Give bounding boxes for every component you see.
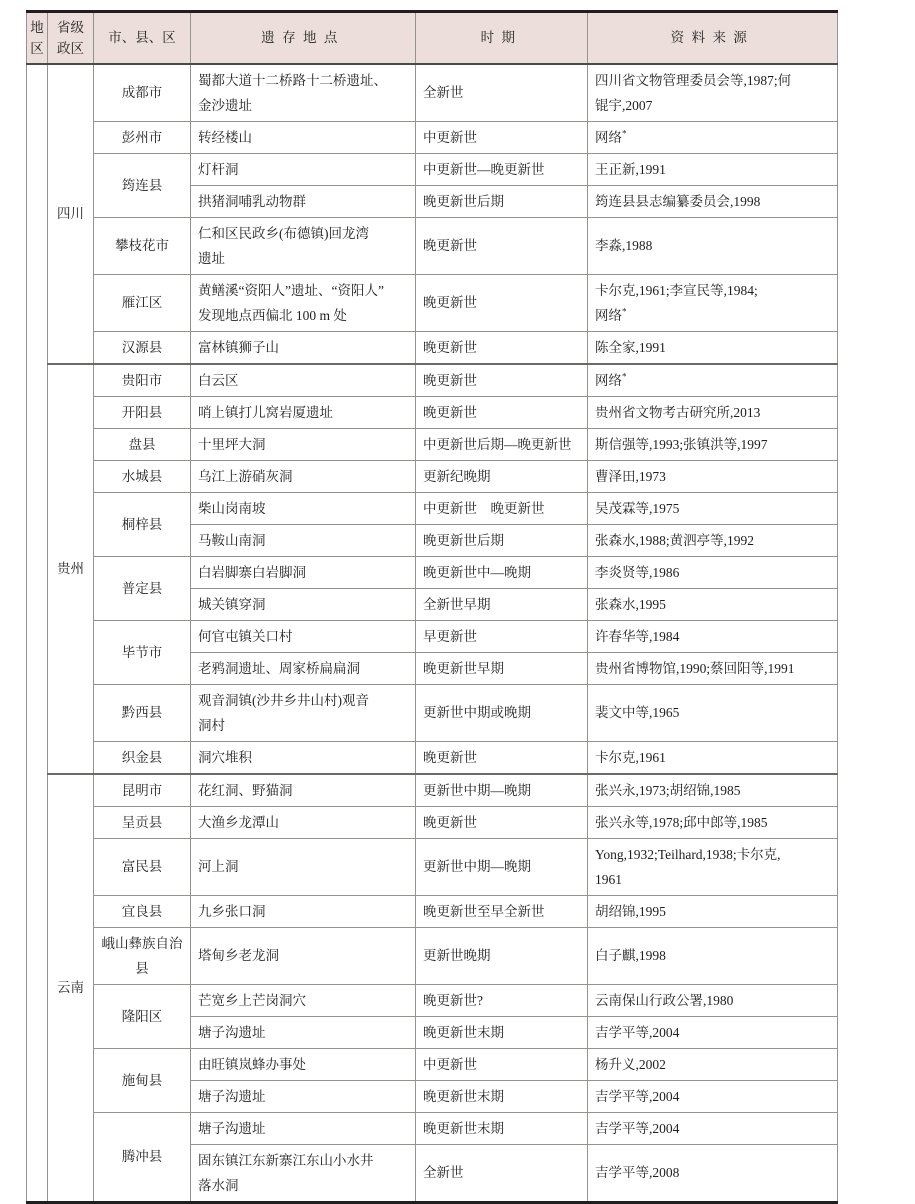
cell-source: 曹泽田,1973 — [588, 460, 838, 492]
cell-source: 云南保山行政公署,1980 — [588, 984, 838, 1016]
cell-province: 贵州 — [48, 364, 94, 774]
cell-period: 晚更新世 — [416, 741, 588, 774]
table-row: 开阳县哨上镇打儿窝岩厦遗址晚更新世贵州省文物考古研究所,2013 — [27, 396, 838, 428]
cell-period: 中更新世 — [416, 1048, 588, 1080]
cell-period: 晚更新世后期 — [416, 524, 588, 556]
header-region: 地 区 — [27, 12, 48, 64]
cell-city: 昆明市 — [94, 774, 191, 807]
cell-site: 塔甸乡老龙洞 — [191, 927, 416, 984]
cell-period: 中更新世 晚更新世 — [416, 492, 588, 524]
cell-source: 卡尔克,1961 — [588, 741, 838, 774]
cell-source: 胡绍锦,1995 — [588, 895, 838, 927]
cell-site: 转经楼山 — [191, 121, 416, 153]
cell-site: 由旺镇岚蜂办事处 — [191, 1048, 416, 1080]
cell-source: 筠连县县志编纂委员会,1998 — [588, 185, 838, 217]
table-row: 汉源县富林镇狮子山晚更新世陈全家,1991 — [27, 331, 838, 364]
cell-city: 腾冲县 — [94, 1112, 191, 1202]
cell-site: 灯杆洞 — [191, 153, 416, 185]
cell-source: 吴茂霖等,1975 — [588, 492, 838, 524]
cell-city: 呈贡县 — [94, 806, 191, 838]
cell-period: 晚更新世 — [416, 364, 588, 397]
cell-city: 水城县 — [94, 460, 191, 492]
cell-source: 张兴永,1973;胡绍锦,1985 — [588, 774, 838, 807]
header-site: 遗存地点 — [191, 12, 416, 64]
cell-city: 攀枝花市 — [94, 217, 191, 274]
cell-site: 柴山岗南坡 — [191, 492, 416, 524]
cell-period: 中更新世—晚更新世 — [416, 153, 588, 185]
cell-source: Yong,1932;Teilhard,1938;卡尔克, 1961 — [588, 838, 838, 895]
header-period: 时期 — [416, 12, 588, 64]
cell-city: 贵阳市 — [94, 364, 191, 397]
cell-source: 吉学平等,2008 — [588, 1144, 838, 1202]
page: 地 区 省级 政区 市、县、区 遗存地点 时期 资料来源 四川成都市蜀都大道十二… — [0, 0, 915, 1204]
cell-site: 河上洞 — [191, 838, 416, 895]
table-row: 桐梓县柴山岗南坡中更新世 晚更新世吴茂霖等,1975 — [27, 492, 838, 524]
cell-city: 盘县 — [94, 428, 191, 460]
header-row: 地 区 省级 政区 市、县、区 遗存地点 时期 资料来源 — [27, 12, 838, 64]
footnote-marker: * — [622, 371, 627, 381]
cell-period: 更新纪晚期 — [416, 460, 588, 492]
cell-period: 晚更新世中—晚期 — [416, 556, 588, 588]
footnote-marker: * — [622, 306, 627, 316]
table-row: 毕节市何官屯镇关口村早更新世许春华等,1984 — [27, 620, 838, 652]
cell-source: 白子麒,1998 — [588, 927, 838, 984]
footnote-marker: * — [622, 128, 627, 138]
cell-site: 何官屯镇关口村 — [191, 620, 416, 652]
cell-period: 晚更新世 — [416, 331, 588, 364]
cell-city: 隆阳区 — [94, 984, 191, 1048]
cell-source: 李炎贤等,1986 — [588, 556, 838, 588]
cell-city: 施甸县 — [94, 1048, 191, 1112]
cell-city: 宜良县 — [94, 895, 191, 927]
cell-source: 裴文中等,1965 — [588, 684, 838, 741]
cell-site: 十里坪大洞 — [191, 428, 416, 460]
table-row: 施甸县由旺镇岚蜂办事处中更新世杨升义,2002 — [27, 1048, 838, 1080]
cell-source: 四川省文物管理委员会等,1987;何 锟宇,2007 — [588, 64, 838, 122]
table-row: 富民县河上洞更新世中期—晚期Yong,1932;Teilhard,1938;卡尔… — [27, 838, 838, 895]
cell-site: 蜀都大道十二桥路十二桥遗址、 金沙遗址 — [191, 64, 416, 122]
cell-city: 富民县 — [94, 838, 191, 895]
cell-site: 白岩脚寨白岩脚洞 — [191, 556, 416, 588]
cell-city: 筠连县 — [94, 153, 191, 217]
cell-period: 晚更新世至早全新世 — [416, 895, 588, 927]
cell-source: 张兴永等,1978;邱中郎等,1985 — [588, 806, 838, 838]
cell-province: 四川 — [48, 64, 94, 364]
cell-province: 云南 — [48, 774, 94, 1203]
cell-site: 花红洞、野猫洞 — [191, 774, 416, 807]
cell-period: 更新世晚期 — [416, 927, 588, 984]
table-row: 黔西县观音洞镇(沙井乡井山村)观音 洞村更新世中期或晚期裴文中等,1965 — [27, 684, 838, 741]
cell-period: 全新世早期 — [416, 588, 588, 620]
cell-period: 中更新世后期—晚更新世 — [416, 428, 588, 460]
cell-site: 观音洞镇(沙井乡井山村)观音 洞村 — [191, 684, 416, 741]
cell-site: 塘子沟遗址 — [191, 1080, 416, 1112]
cell-source: 吉学平等,2004 — [588, 1016, 838, 1048]
table-row: 攀枝花市仁和区民政乡(布德镇)回龙湾 遗址晚更新世李淼,1988 — [27, 217, 838, 274]
cell-source: 陈全家,1991 — [588, 331, 838, 364]
archaeological-sites-table: 地 区 省级 政区 市、县、区 遗存地点 时期 资料来源 四川成都市蜀都大道十二… — [26, 10, 838, 1204]
cell-source: 网络* — [588, 364, 838, 397]
cell-city: 毕节市 — [94, 620, 191, 684]
cell-city: 开阳县 — [94, 396, 191, 428]
cell-city: 彭州市 — [94, 121, 191, 153]
cell-site: 九乡张口洞 — [191, 895, 416, 927]
table-row: 普定县白岩脚寨白岩脚洞晚更新世中—晚期李炎贤等,1986 — [27, 556, 838, 588]
cell-site: 固东镇江东新寨江东山小水井 落水洞 — [191, 1144, 416, 1202]
cell-period: 更新世中期或晚期 — [416, 684, 588, 741]
cell-site: 芒宽乡上芒岗洞穴 — [191, 984, 416, 1016]
cell-site: 城关镇穿洞 — [191, 588, 416, 620]
cell-source: 吉学平等,2004 — [588, 1112, 838, 1144]
cell-site: 黄鳝溪“资阳人”遗址、“资阳人” 发现地点西偏北 100 m 处 — [191, 274, 416, 331]
cell-region — [27, 64, 48, 1203]
cell-site: 白云区 — [191, 364, 416, 397]
cell-city: 雁江区 — [94, 274, 191, 331]
cell-city: 峨山彝族自治县 — [94, 927, 191, 984]
cell-period: 晚更新世末期 — [416, 1016, 588, 1048]
cell-source: 李淼,1988 — [588, 217, 838, 274]
header-source: 资料来源 — [588, 12, 838, 64]
cell-period: 全新世 — [416, 1144, 588, 1202]
table-row: 呈贡县大渔乡龙潭山晚更新世张兴永等,1978;邱中郎等,1985 — [27, 806, 838, 838]
table-row: 雁江区黄鳝溪“资阳人”遗址、“资阳人” 发现地点西偏北 100 m 处晚更新世卡… — [27, 274, 838, 331]
table-row: 峨山彝族自治县塔甸乡老龙洞更新世晚期白子麒,1998 — [27, 927, 838, 984]
cell-site: 拱猪洞哺乳动物群 — [191, 185, 416, 217]
cell-source: 杨升义,2002 — [588, 1048, 838, 1080]
header-city: 市、县、区 — [94, 12, 191, 64]
table-row: 水城县乌江上游硝灰洞更新纪晚期曹泽田,1973 — [27, 460, 838, 492]
cell-period: 晚更新世 — [416, 217, 588, 274]
cell-source: 贵州省文物考古研究所,2013 — [588, 396, 838, 428]
cell-site: 马鞍山南洞 — [191, 524, 416, 556]
cell-source: 许春华等,1984 — [588, 620, 838, 652]
cell-site: 洞穴堆积 — [191, 741, 416, 774]
cell-site: 哨上镇打儿窝岩厦遗址 — [191, 396, 416, 428]
table-row: 织金县洞穴堆积晚更新世卡尔克,1961 — [27, 741, 838, 774]
table-row: 盘县十里坪大洞中更新世后期—晚更新世斯信强等,1993;张镇洪等,1997 — [27, 428, 838, 460]
cell-period: 晚更新世末期 — [416, 1080, 588, 1112]
cell-source: 斯信强等,1993;张镇洪等,1997 — [588, 428, 838, 460]
cell-period: 晚更新世早期 — [416, 652, 588, 684]
header-province: 省级 政区 — [48, 12, 94, 64]
cell-period: 晚更新世后期 — [416, 185, 588, 217]
cell-city: 织金县 — [94, 741, 191, 774]
cell-site: 乌江上游硝灰洞 — [191, 460, 416, 492]
cell-site: 塘子沟遗址 — [191, 1112, 416, 1144]
cell-site: 富林镇狮子山 — [191, 331, 416, 364]
table-row: 云南昆明市花红洞、野猫洞更新世中期—晚期张兴永,1973;胡绍锦,1985 — [27, 774, 838, 807]
cell-period: 晚更新世 — [416, 274, 588, 331]
cell-source: 张森水,1995 — [588, 588, 838, 620]
cell-site: 仁和区民政乡(布德镇)回龙湾 遗址 — [191, 217, 416, 274]
cell-source: 网络* — [588, 121, 838, 153]
table-row: 贵州贵阳市白云区晚更新世网络* — [27, 364, 838, 397]
cell-period: 中更新世 — [416, 121, 588, 153]
cell-site: 老鸦洞遗址、周家桥扁扁洞 — [191, 652, 416, 684]
cell-source: 卡尔克,1961;李宣民等,1984; 网络* — [588, 274, 838, 331]
cell-period: 晚更新世末期 — [416, 1112, 588, 1144]
table-row: 彭州市转经楼山中更新世网络* — [27, 121, 838, 153]
table-row: 隆阳区芒宽乡上芒岗洞穴晚更新世?云南保山行政公署,1980 — [27, 984, 838, 1016]
cell-city: 黔西县 — [94, 684, 191, 741]
cell-period: 晚更新世 — [416, 806, 588, 838]
table-row: 腾冲县塘子沟遗址晚更新世末期吉学平等,2004 — [27, 1112, 838, 1144]
cell-source: 贵州省博物馆,1990;蔡回阳等,1991 — [588, 652, 838, 684]
cell-period: 晚更新世 — [416, 396, 588, 428]
table-row: 宜良县九乡张口洞晚更新世至早全新世胡绍锦,1995 — [27, 895, 838, 927]
table-body: 四川成都市蜀都大道十二桥路十二桥遗址、 金沙遗址全新世四川省文物管理委员会等,1… — [27, 64, 838, 1203]
cell-city: 普定县 — [94, 556, 191, 620]
table-row: 筠连县灯杆洞中更新世—晚更新世王正新,1991 — [27, 153, 838, 185]
cell-city: 汉源县 — [94, 331, 191, 364]
cell-source: 王正新,1991 — [588, 153, 838, 185]
cell-source: 张森水,1988;黄泗亭等,1992 — [588, 524, 838, 556]
table-row: 四川成都市蜀都大道十二桥路十二桥遗址、 金沙遗址全新世四川省文物管理委员会等,1… — [27, 64, 838, 122]
cell-period: 全新世 — [416, 64, 588, 122]
cell-source: 吉学平等,2004 — [588, 1080, 838, 1112]
cell-site: 塘子沟遗址 — [191, 1016, 416, 1048]
cell-period: 更新世中期—晚期 — [416, 838, 588, 895]
cell-period: 早更新世 — [416, 620, 588, 652]
cell-period: 晚更新世? — [416, 984, 588, 1016]
cell-period: 更新世中期—晚期 — [416, 774, 588, 807]
cell-site: 大渔乡龙潭山 — [191, 806, 416, 838]
cell-city: 成都市 — [94, 64, 191, 122]
cell-city: 桐梓县 — [94, 492, 191, 556]
